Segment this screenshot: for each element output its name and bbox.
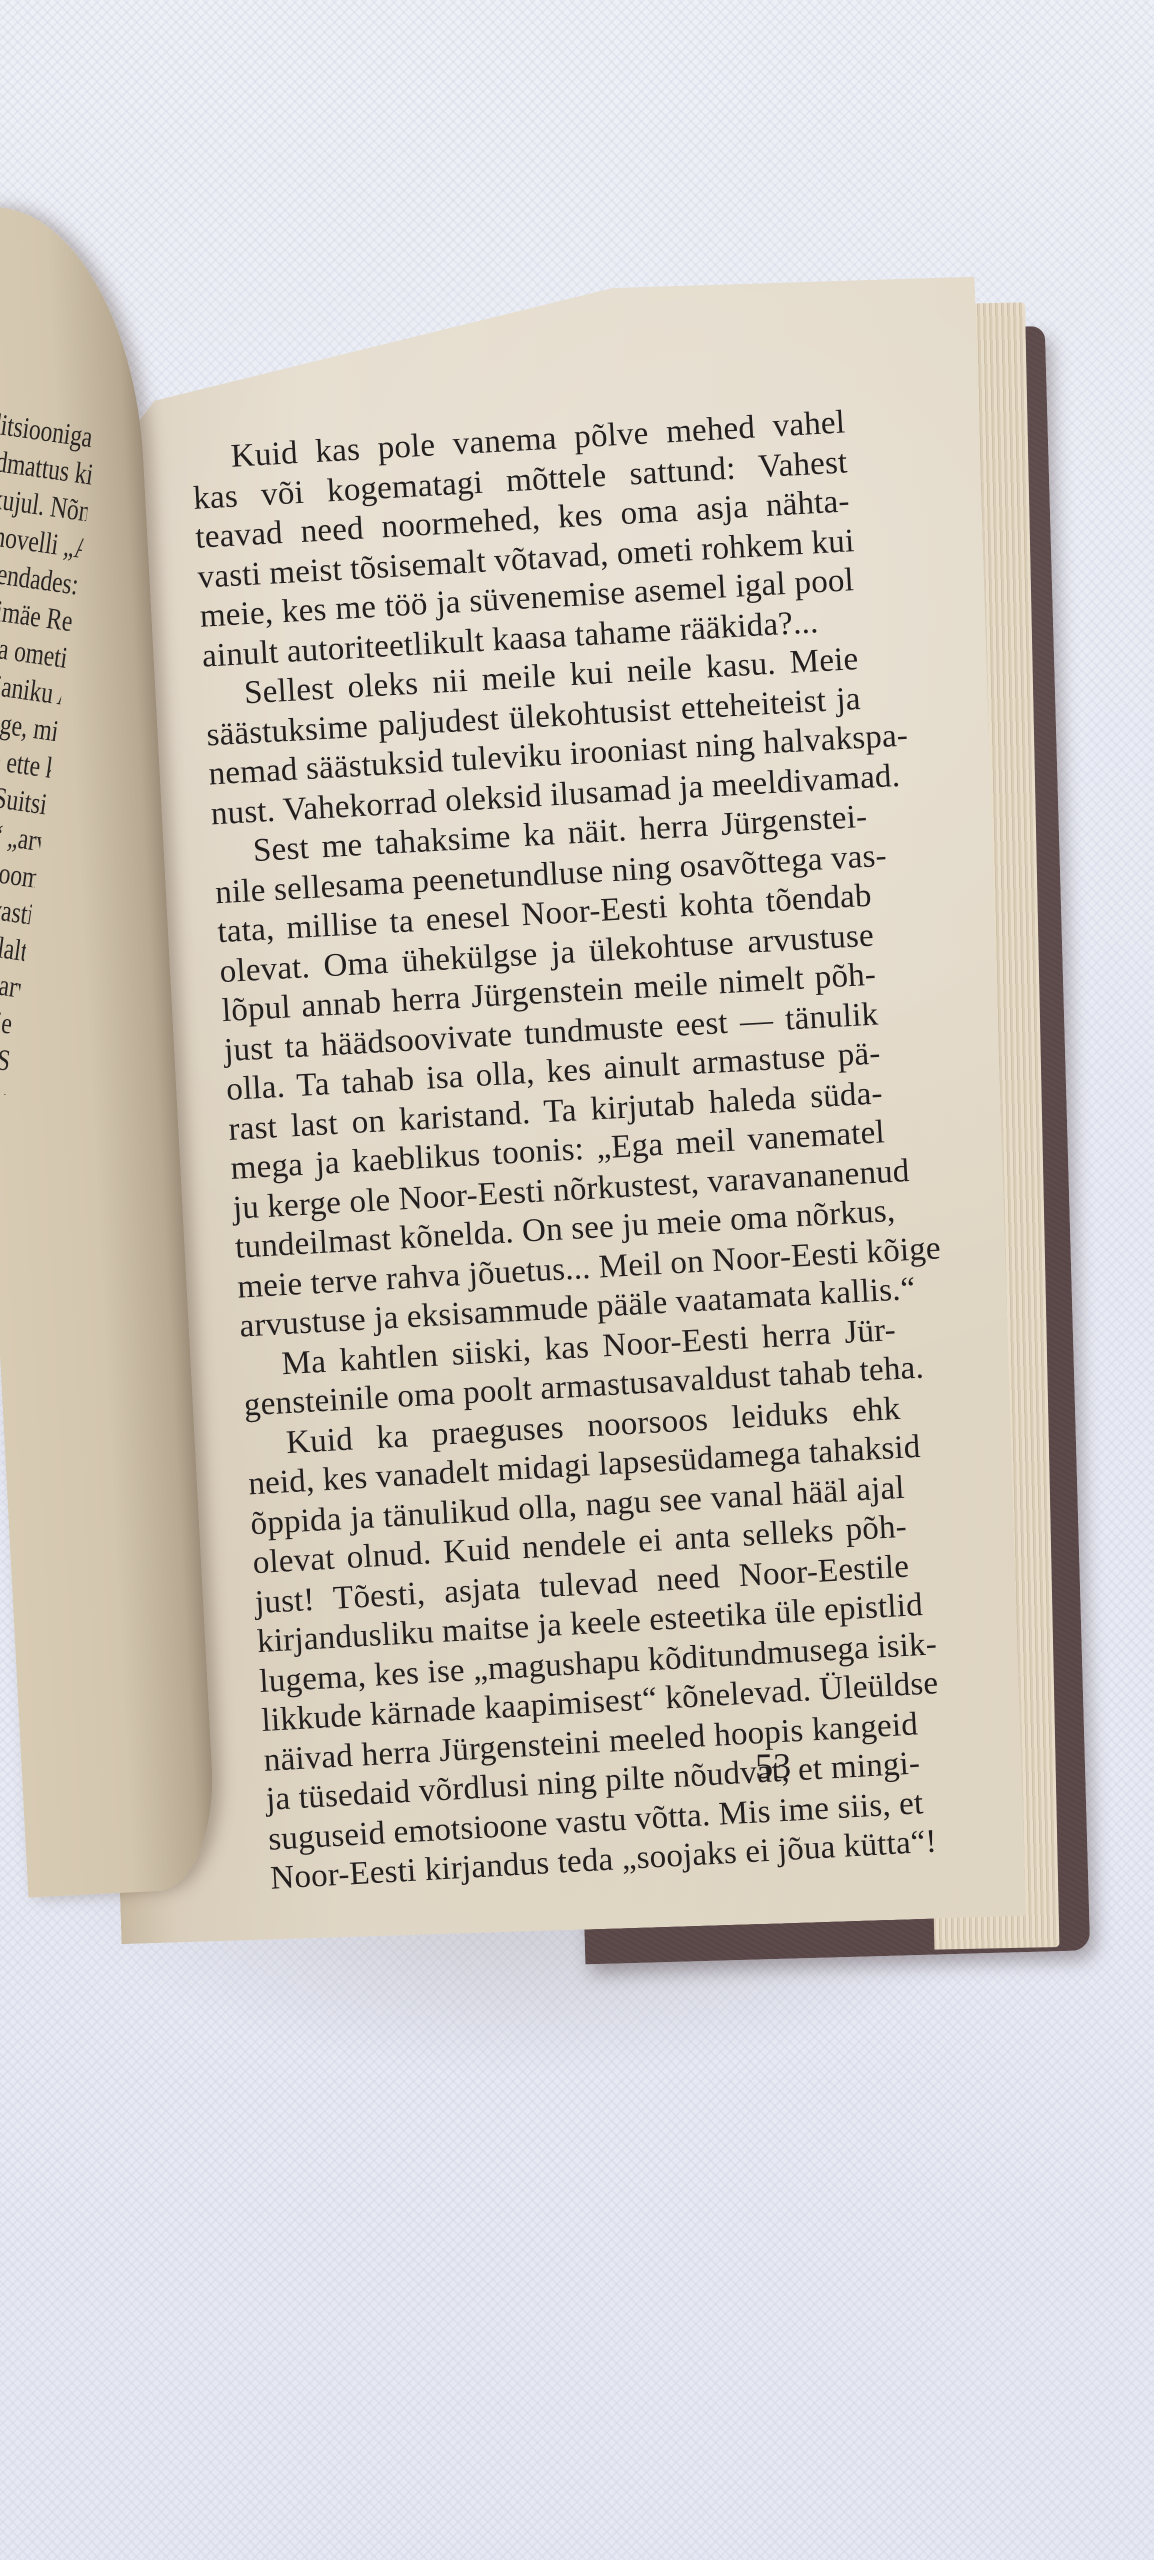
right-page-text: Kuid kas pole vanema põlve mehed vahelka… [190,403,926,1899]
page-number: 53 [755,1745,792,1788]
